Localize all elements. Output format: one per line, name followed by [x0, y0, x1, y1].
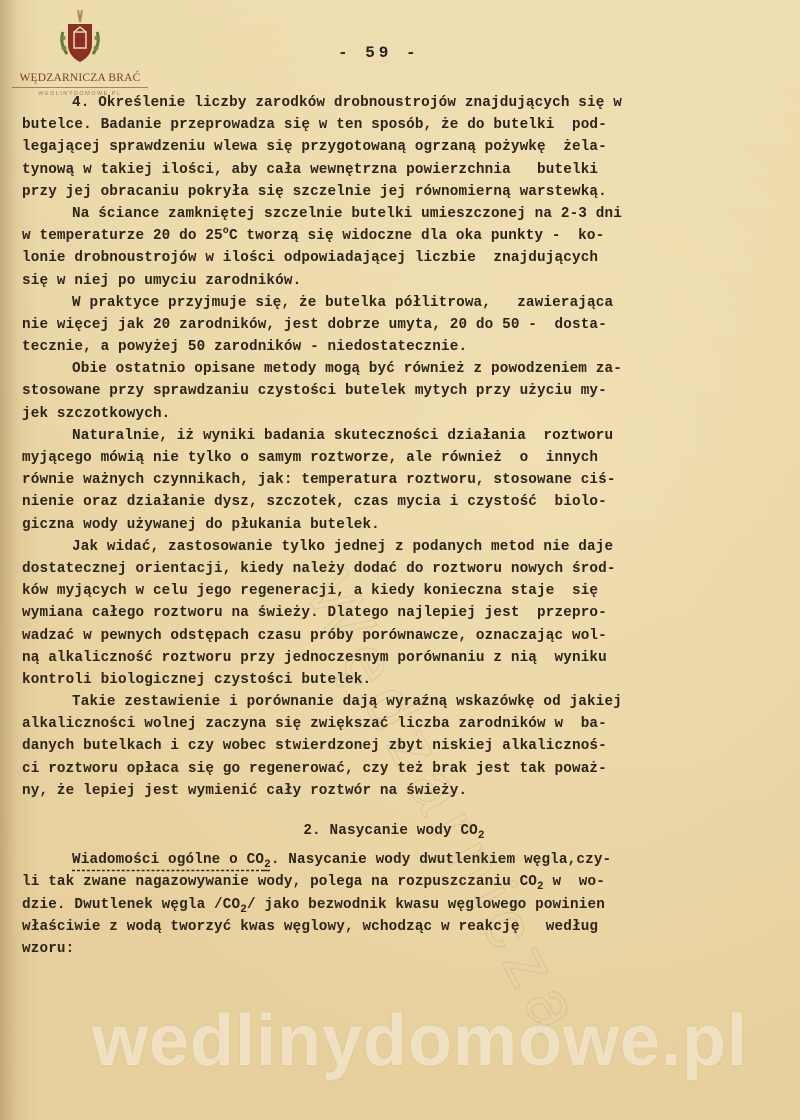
line-part: dzie. Dwutlenek węgla /CO [22, 897, 240, 913]
underlined-text: Wiadomości ogólne o CO [72, 852, 264, 868]
text-line: kontroli biologicznej czystości butelek. [22, 669, 766, 691]
heading-text: 2. Nasycanie wody CO [303, 823, 478, 839]
line-part: / jako bezwodnik kwasu węglowego powinie… [247, 897, 605, 913]
text-line: Naturalnie, iż wyniki badania skutecznoś… [22, 425, 766, 447]
text-line: tynową w takiej ilości, aby cała wewnętr… [22, 159, 766, 181]
logo-divider [12, 87, 148, 88]
text-line: Na ściance zamkniętej szczelnie butelki … [22, 203, 766, 225]
logo-name: WĘDZARNICZA BRAĆ [12, 72, 148, 84]
text-line: ny, że lepiej jest wymienić cały roztwór… [22, 780, 766, 802]
underlined-phrase: Wiadomości ogólne o CO2 [72, 852, 271, 868]
heading-subscript: 2 [478, 830, 485, 842]
text-line: ków myjących w celu jego regeneracji, a … [22, 580, 766, 602]
text-line: legającej sprawdzeniu wlewa się przygoto… [22, 136, 766, 158]
text-line: wymiana całego roztworu na świeży. Dlate… [22, 602, 766, 624]
text-line: ną alkaliczność roztworu przy jednoczesn… [22, 647, 766, 669]
text-line: tecznie, a powyżej 50 zarodników - niedo… [22, 336, 766, 358]
line-part: w wo- [544, 874, 605, 890]
text-line: stosowane przy sprawdzaniu czystości but… [22, 380, 766, 402]
text-line: właściwie z wodą tworzyć kwas węglowy, w… [22, 916, 766, 938]
text-line: nie więcej jak 20 zarodników, jest dobrz… [22, 314, 766, 336]
page-number: - 59 - [338, 44, 420, 62]
site-logo: WĘDZARNICZA BRAĆ WEDLINYDOMOWE.PL [12, 8, 148, 97]
text-line: danych butelkach i czy wobec stwierdzone… [22, 735, 766, 757]
text-line: alkaliczności wolnej zaczyna się zwiększ… [22, 713, 766, 735]
line-rest: . Nasycanie wody dwutlenkiem węgla,czy- [271, 852, 611, 868]
text-line: przy jej obracaniu pokryła się szczelnie… [22, 181, 766, 203]
temp-suffix: C tworzą się widoczne dla oka punkty - k… [229, 228, 604, 244]
text-line: ci roztworu opłaca się go regenerować, c… [22, 758, 766, 780]
text-line: butelce. Badanie przeprowadza się w ten … [22, 114, 766, 136]
text-line: li tak zwane nagazowywanie wody, polega … [22, 871, 766, 893]
text-line: Jak widać, zastosowanie tylko jednej z p… [22, 536, 766, 558]
text-line: nienie oraz działanie dysz, szczotek, cz… [22, 491, 766, 513]
text-line: lonie drobnoustrojów w ilości odpowiadaj… [22, 247, 766, 269]
text-line: Wiadomości ogólne o CO2. Nasycanie wody … [22, 849, 766, 871]
text-line: myjącego mówią nie tylko o samym roztwor… [22, 447, 766, 469]
line-part: li tak zwane nagazowywanie wody, polega … [22, 874, 537, 890]
text-line: W praktyce przyjmuje się, że butelka pół… [22, 292, 766, 314]
text-line: 4. Określenie liczby zarodków drobnoustr… [22, 92, 766, 114]
crest-icon [57, 8, 103, 68]
text-line: dostatecznej orientacji, kiedy należy do… [22, 558, 766, 580]
section-heading: 2. Nasycanie wody CO2 [22, 820, 766, 842]
text-line: Takie zestawienie i porównanie dają wyra… [22, 691, 766, 713]
document-body: 4. Określenie liczby zarodków drobnoustr… [22, 92, 766, 960]
co2-subscript: 2 [537, 881, 544, 893]
text-line: równie ważnych czynnikach, jak: temperat… [22, 469, 766, 491]
text-line: wzoru: [22, 938, 766, 960]
text-line: się w niej po umyciu zarodników. [22, 270, 766, 292]
text-line: Obie ostatnio opisane metody mogą być ró… [22, 358, 766, 380]
co2-subscript: 2 [264, 859, 271, 871]
watermark-site: wedlinydomowe.pl [60, 1000, 780, 1082]
text-line-temperature: w temperaturze 20 do 25oC tworzą się wid… [22, 225, 766, 247]
text-line: jek szczotkowych. [22, 403, 766, 425]
text-line: dzie. Dwutlenek węgla /CO2/ jako bezwodn… [22, 894, 766, 916]
text-line: giczna wody używanej do płukania butelek… [22, 514, 766, 536]
co2-subscript: 2 [240, 904, 247, 916]
text-line: wadzać w pewnych odstępach czasu próby p… [22, 625, 766, 647]
temp-prefix: w temperaturze 20 do 25 [22, 228, 223, 244]
